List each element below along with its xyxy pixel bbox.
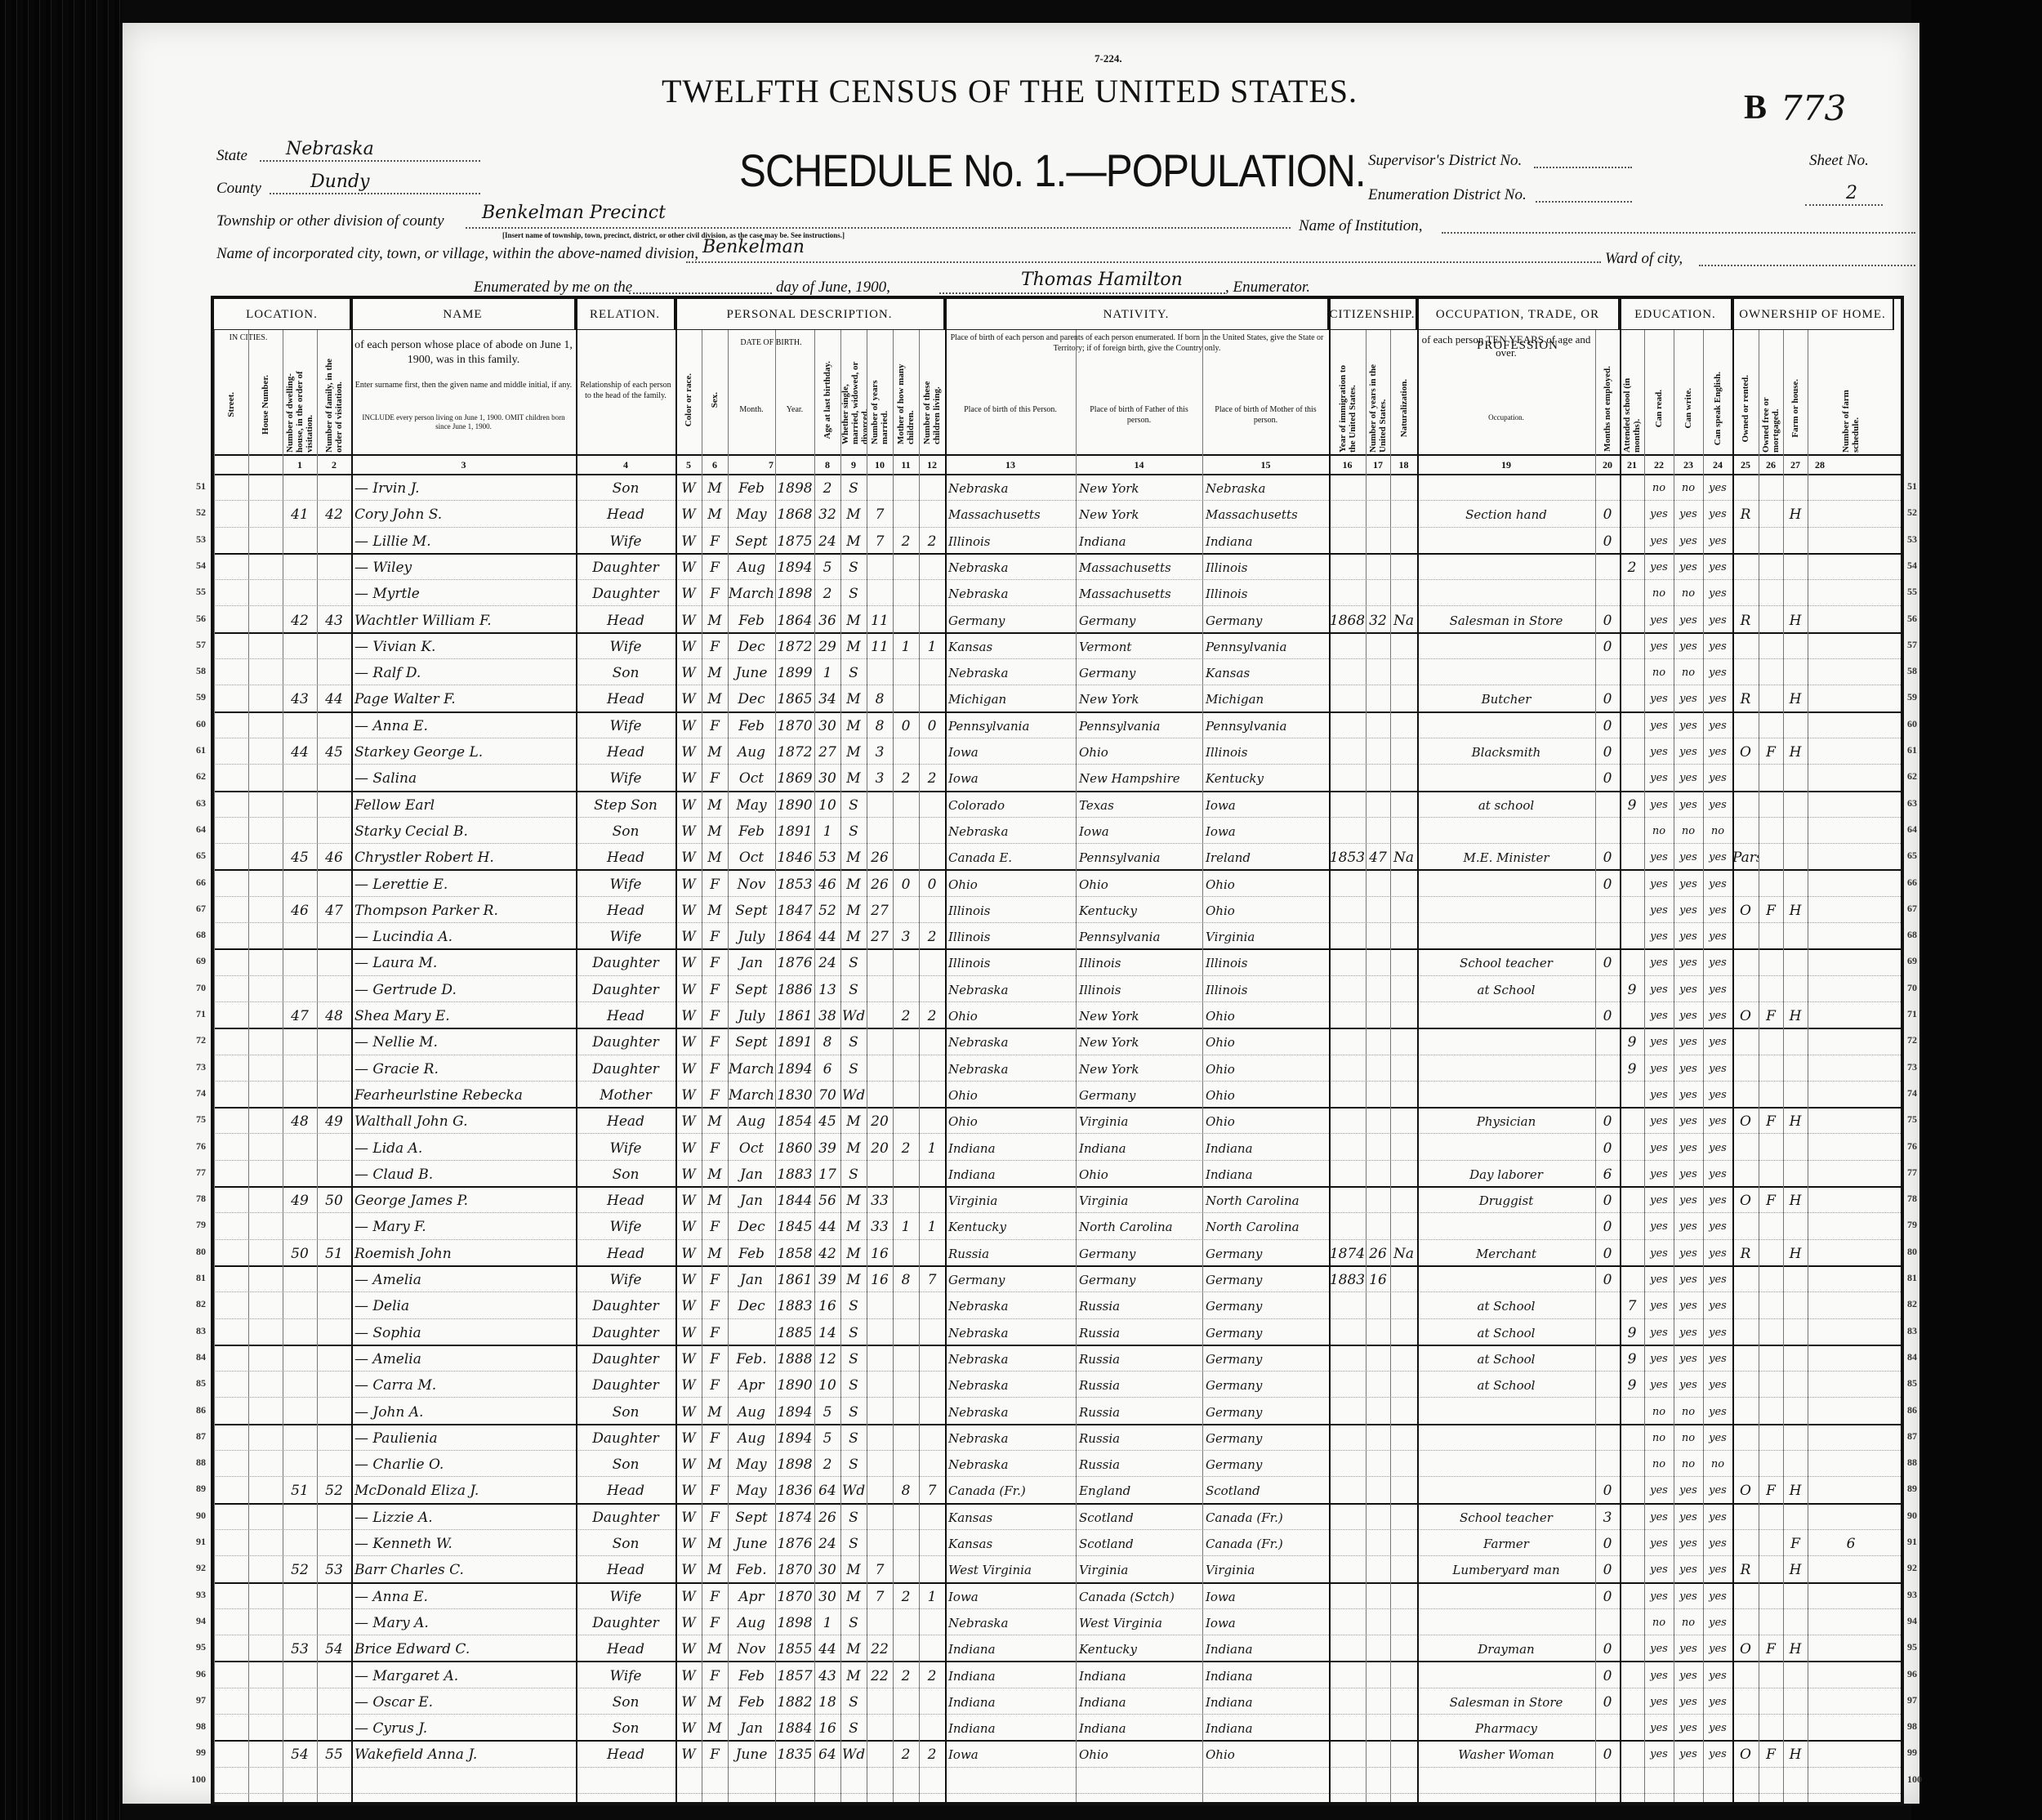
cell-year: 1835 bbox=[775, 1743, 814, 1766]
cell-ym bbox=[867, 1532, 893, 1555]
cell-ym: 16 bbox=[867, 1242, 893, 1265]
cell-cl bbox=[919, 820, 945, 843]
cell-fs bbox=[1808, 1374, 1894, 1397]
cell-bm: Iowa bbox=[1202, 1586, 1332, 1608]
line-number-right: 81 bbox=[1907, 1272, 1932, 1284]
cell-age: 70 bbox=[814, 1084, 840, 1107]
line-number-right: 92 bbox=[1907, 1562, 1932, 1574]
cell-year: 1885 bbox=[775, 1322, 814, 1345]
cell-nat bbox=[1390, 1559, 1417, 1581]
cell-cl bbox=[919, 662, 945, 685]
group-ownership: OWNERSHIP OF HOME. bbox=[1732, 299, 1894, 330]
cell-read: yes bbox=[1644, 1717, 1674, 1740]
cell-mar: M bbox=[840, 1269, 867, 1291]
cell-ym: 7 bbox=[867, 530, 893, 553]
cell-own: R bbox=[1732, 503, 1759, 526]
cell-age: 45 bbox=[814, 1110, 840, 1133]
cell-bf: New Hampshire bbox=[1076, 767, 1206, 790]
cell-sch bbox=[1620, 662, 1644, 685]
cell-speak: yes bbox=[1703, 636, 1732, 658]
line-number-left: 78 bbox=[181, 1193, 206, 1205]
cell-unemp bbox=[1595, 1031, 1620, 1054]
cell-speak: yes bbox=[1703, 794, 1732, 817]
cell-fam bbox=[317, 1770, 351, 1793]
cell-imm bbox=[1329, 1559, 1366, 1581]
cell-name: — Laura M. bbox=[351, 952, 579, 975]
cell-bm: Indiana bbox=[1202, 1163, 1332, 1186]
cell-mo bbox=[893, 1322, 919, 1345]
cell-occ bbox=[1417, 715, 1595, 738]
cell-rel: Son bbox=[576, 1532, 675, 1555]
line-number-left: 53 bbox=[181, 533, 206, 546]
cell-bp: Canada (Fr.) bbox=[945, 1479, 1079, 1502]
cell-yus bbox=[1366, 636, 1390, 658]
cell-month: Aug bbox=[728, 741, 775, 764]
cell-read: yes bbox=[1644, 1506, 1674, 1529]
cell-mo bbox=[893, 1242, 919, 1265]
cell-mar: S bbox=[840, 1058, 867, 1081]
cell-fs bbox=[1808, 1348, 1894, 1371]
header-farm-house: Farm or house. bbox=[1790, 379, 1800, 438]
cell-speak: yes bbox=[1703, 1532, 1732, 1555]
cell-fam bbox=[317, 1137, 351, 1160]
cell-fam: 44 bbox=[317, 688, 351, 711]
cell-mar: M bbox=[840, 741, 867, 764]
cell-fs bbox=[1808, 794, 1894, 817]
cell-speak: yes bbox=[1703, 1374, 1732, 1397]
cell-cl bbox=[919, 1110, 945, 1133]
table-row: — Anna E.WifeWFApr187030M721IowaCanada (… bbox=[214, 1582, 1901, 1609]
cell-imm: 1853 bbox=[1329, 846, 1366, 869]
cell-age: 1 bbox=[814, 820, 840, 843]
cell-bf: Virginia bbox=[1076, 1189, 1206, 1212]
column-number: 17 bbox=[1366, 456, 1390, 474]
cell-write: yes bbox=[1674, 1031, 1703, 1054]
cell-yus bbox=[1366, 503, 1390, 526]
cell-fam: 47 bbox=[317, 899, 351, 922]
cell-ym: 26 bbox=[867, 846, 893, 869]
cell-cl bbox=[919, 1348, 945, 1371]
cell-nat bbox=[1390, 1348, 1417, 1371]
cell-cl: 0 bbox=[919, 715, 945, 738]
cell-bp: Kentucky bbox=[945, 1216, 1079, 1238]
cell-imm bbox=[1329, 1479, 1366, 1502]
cell-rel: Wife bbox=[576, 1586, 675, 1608]
cell-speak: yes bbox=[1703, 477, 1732, 500]
line-number-left: 69 bbox=[181, 955, 206, 967]
cell-age: 13 bbox=[814, 979, 840, 1001]
cell-fam: 52 bbox=[317, 1479, 351, 1502]
cell-fm bbox=[1759, 1453, 1783, 1476]
cell-dw bbox=[283, 1665, 317, 1688]
cell-cl: 2 bbox=[919, 1005, 945, 1028]
cell-age: 53 bbox=[814, 846, 840, 869]
cell-read: yes bbox=[1644, 1189, 1674, 1212]
cell-bp: Germany bbox=[945, 609, 1079, 632]
name-instruction-2: INCLUDE every person living on June 1, 1… bbox=[354, 413, 573, 432]
column-divider bbox=[1644, 330, 1645, 1802]
line-number-left: 95 bbox=[181, 1641, 206, 1653]
line-number-right: 82 bbox=[1907, 1298, 1932, 1310]
cell-color: W bbox=[675, 899, 702, 922]
cell-name: — Charlie O. bbox=[351, 1453, 579, 1476]
cell-fs: 6 bbox=[1808, 1532, 1894, 1555]
cell-occ bbox=[1417, 1401, 1595, 1424]
cell-write: yes bbox=[1674, 503, 1703, 526]
cell-yus bbox=[1366, 1348, 1390, 1371]
cell-mo bbox=[893, 1084, 919, 1107]
cell-sex: M bbox=[702, 1691, 728, 1714]
cell-unemp: 0 bbox=[1595, 1665, 1620, 1688]
header-street: Street. bbox=[226, 392, 236, 417]
cell-imm bbox=[1329, 715, 1366, 738]
cell-fh bbox=[1783, 477, 1808, 500]
table-row: — Lida A.WifeWFOct186039M2021IndianaIndi… bbox=[214, 1134, 1901, 1161]
cell-imm: 1883 bbox=[1329, 1269, 1366, 1291]
column-number: 18 bbox=[1390, 456, 1417, 474]
table-row: — PaulieniaDaughterWFAug18945SNebraskaRu… bbox=[214, 1424, 1901, 1451]
cell-fh bbox=[1783, 715, 1808, 738]
cell-occ bbox=[1417, 1612, 1595, 1635]
line-number-left: 58 bbox=[181, 665, 206, 677]
cell-sch bbox=[1620, 477, 1644, 500]
cell-sch bbox=[1620, 952, 1644, 975]
cell-fh bbox=[1783, 1717, 1808, 1740]
cell-own bbox=[1732, 1058, 1759, 1081]
cell-fh bbox=[1783, 1401, 1808, 1424]
cell-bm: Indiana bbox=[1202, 1717, 1332, 1740]
cell-occ bbox=[1417, 1005, 1595, 1028]
column-divider bbox=[1076, 330, 1077, 1802]
cell-color: W bbox=[675, 1058, 702, 1081]
cell-imm bbox=[1329, 1163, 1366, 1186]
table-row: — Laura M.DaughterWFJan187624SIllinoisIl… bbox=[214, 948, 1901, 975]
cell-own bbox=[1732, 1586, 1759, 1608]
cell-rel: Wife bbox=[576, 1665, 675, 1688]
cell-color: W bbox=[675, 952, 702, 975]
line-number-left: 80 bbox=[181, 1246, 206, 1258]
cell-yus bbox=[1366, 1005, 1390, 1028]
cell-speak: yes bbox=[1703, 1163, 1732, 1186]
cell-fh bbox=[1783, 820, 1808, 843]
cell-read: yes bbox=[1644, 1163, 1674, 1186]
cell-speak: yes bbox=[1703, 1269, 1732, 1291]
cell-dw: 51 bbox=[283, 1479, 317, 1502]
cell-dw: 41 bbox=[283, 503, 317, 526]
cell-write bbox=[1674, 1770, 1703, 1793]
cell-yus bbox=[1366, 1189, 1390, 1212]
cell-occ bbox=[1417, 1058, 1595, 1081]
cell-year: 1870 bbox=[775, 715, 814, 738]
cell-year bbox=[775, 1770, 814, 1793]
cell-month: Oct bbox=[728, 767, 775, 790]
cell-month: Nov bbox=[728, 1638, 775, 1661]
cell-mar: S bbox=[840, 582, 867, 605]
cell-fm bbox=[1759, 636, 1783, 658]
cell-sch: 9 bbox=[1620, 1322, 1644, 1345]
column-divider bbox=[214, 330, 215, 1802]
line-number-right: 91 bbox=[1907, 1536, 1932, 1548]
cell-own bbox=[1732, 767, 1759, 790]
cell-speak: yes bbox=[1703, 609, 1732, 632]
line-number-right: 89 bbox=[1907, 1483, 1932, 1495]
line-number-right: 72 bbox=[1907, 1034, 1932, 1046]
column-divider bbox=[317, 330, 318, 1802]
cell-mo bbox=[893, 1163, 919, 1186]
cell-own bbox=[1732, 636, 1759, 658]
cell-ym: 11 bbox=[867, 636, 893, 658]
cell-fm bbox=[1759, 1691, 1783, 1714]
cell-fm bbox=[1759, 926, 1783, 948]
cell-imm bbox=[1329, 1691, 1366, 1714]
cell-unemp: 0 bbox=[1595, 767, 1620, 790]
cell-fm: F bbox=[1759, 1110, 1783, 1133]
cell-rel: Head bbox=[576, 741, 675, 764]
cell-rel: Wife bbox=[576, 1216, 675, 1238]
cell-month: Jan bbox=[728, 1189, 775, 1212]
cell-imm bbox=[1329, 1031, 1366, 1054]
cell-bm: North Carolina bbox=[1202, 1189, 1332, 1212]
cell-imm bbox=[1329, 1427, 1366, 1450]
cell-yus bbox=[1366, 1532, 1390, 1555]
cell-fh: H bbox=[1783, 1559, 1808, 1581]
cell-dw: 50 bbox=[283, 1242, 317, 1265]
cell-yus bbox=[1366, 1479, 1390, 1502]
cell-nat bbox=[1390, 979, 1417, 1001]
cell-sch: 9 bbox=[1620, 794, 1644, 817]
cell-mo bbox=[893, 1401, 919, 1424]
cell-ym: 7 bbox=[867, 1586, 893, 1608]
cell-rel: Daughter bbox=[576, 1612, 675, 1635]
cell-occ bbox=[1417, 767, 1595, 790]
cell-month: Sept bbox=[728, 530, 775, 553]
cell-speak: yes bbox=[1703, 1110, 1732, 1133]
institution-label: Name of Institution, bbox=[1299, 217, 1422, 235]
cell-dw bbox=[283, 530, 317, 553]
cell-fm bbox=[1759, 688, 1783, 711]
cell-imm: 1874 bbox=[1329, 1242, 1366, 1265]
cell-fh bbox=[1783, 979, 1808, 1001]
cell-mar: S bbox=[840, 1031, 867, 1054]
table-row: — Lerettie E.WifeWFNov185346M2600OhioOhi… bbox=[214, 870, 1901, 897]
cell-write: yes bbox=[1674, 1005, 1703, 1028]
cell-unemp bbox=[1595, 1427, 1620, 1450]
cell-fam: 46 bbox=[317, 846, 351, 869]
cell-sch bbox=[1620, 1691, 1644, 1714]
cell-write: no bbox=[1674, 1427, 1703, 1450]
cell-year: 1876 bbox=[775, 952, 814, 975]
cell-mar: S bbox=[840, 1348, 867, 1371]
cell-name: — Amelia bbox=[351, 1269, 579, 1291]
cell-name: — Delia bbox=[351, 1295, 579, 1318]
cell-fam bbox=[317, 1322, 351, 1345]
cell-fam: 51 bbox=[317, 1242, 351, 1265]
cell-yus: 26 bbox=[1366, 1242, 1390, 1265]
line-number-left: 63 bbox=[181, 797, 206, 810]
cell-imm bbox=[1329, 1770, 1366, 1793]
cell-bf: Indiana bbox=[1076, 1137, 1206, 1160]
cell-mar: M bbox=[840, 688, 867, 711]
header-years-married: Number of years married. bbox=[870, 356, 889, 444]
cell-fh: H bbox=[1783, 1479, 1808, 1502]
cell-fh: H bbox=[1783, 741, 1808, 764]
cell-speak: yes bbox=[1703, 1189, 1732, 1212]
cell-fm bbox=[1759, 1401, 1783, 1424]
cell-unemp: 0 bbox=[1595, 1479, 1620, 1502]
cell-mo bbox=[893, 1374, 919, 1397]
cell-occ bbox=[1417, 1084, 1595, 1107]
cell-read: yes bbox=[1644, 556, 1674, 579]
cell-sch bbox=[1620, 503, 1644, 526]
cell-occ: Salesman in Store bbox=[1417, 609, 1595, 632]
form-number: 7-224. bbox=[1095, 52, 1122, 65]
cell-bf: West Virginia bbox=[1076, 1612, 1206, 1635]
cell-rel: Head bbox=[576, 1005, 675, 1028]
cell-bm: Virginia bbox=[1202, 926, 1332, 948]
cell-yus bbox=[1366, 1427, 1390, 1450]
line-number-right: 60 bbox=[1907, 718, 1932, 730]
cell-read: no bbox=[1644, 582, 1674, 605]
cell-imm bbox=[1329, 794, 1366, 817]
table-row: — Claud B.SonWMJan188317SIndianaOhioIndi… bbox=[214, 1160, 1901, 1188]
cell-ym bbox=[867, 1506, 893, 1529]
cell-rel: Wife bbox=[576, 1137, 675, 1160]
cell-bf: Massachusetts bbox=[1076, 582, 1206, 605]
cell-own bbox=[1732, 715, 1759, 738]
column-divider bbox=[675, 299, 677, 1802]
cell-own: O bbox=[1732, 1638, 1759, 1661]
cell-imm bbox=[1329, 926, 1366, 948]
cell-year: 1858 bbox=[775, 1242, 814, 1265]
cell-write: yes bbox=[1674, 926, 1703, 948]
column-number: 16 bbox=[1329, 456, 1366, 474]
column-divider bbox=[945, 299, 947, 1802]
cell-fs bbox=[1808, 1717, 1894, 1740]
cell-mar: S bbox=[840, 820, 867, 843]
cell-bf: New York bbox=[1076, 1058, 1206, 1081]
cell-read: no bbox=[1644, 662, 1674, 685]
cell-mar bbox=[840, 1770, 867, 1793]
cell-unemp bbox=[1595, 477, 1620, 500]
cell-year: 1861 bbox=[775, 1005, 814, 1028]
cell-nat bbox=[1390, 1717, 1417, 1740]
column-number: 13 bbox=[945, 456, 1076, 474]
table-row: — Anna E.WifeWFFeb187030M800Pennsylvania… bbox=[214, 711, 1901, 738]
cell-occ: Merchant bbox=[1417, 1242, 1595, 1265]
cell-fs bbox=[1808, 609, 1894, 632]
cell-occ bbox=[1417, 926, 1595, 948]
cell-rel: Son bbox=[576, 1717, 675, 1740]
cell-occ: Lumberyard man bbox=[1417, 1559, 1595, 1581]
cell-unemp: 0 bbox=[1595, 1269, 1620, 1291]
cell-rel: Son bbox=[576, 1691, 675, 1714]
cell-read: yes bbox=[1644, 1691, 1674, 1714]
cell-year: 1836 bbox=[775, 1479, 814, 1502]
cell-month: Feb bbox=[728, 1665, 775, 1688]
cell-unemp: 0 bbox=[1595, 1242, 1620, 1265]
cell-mo bbox=[893, 556, 919, 579]
cell-bm: Ohio bbox=[1202, 1005, 1332, 1028]
cell-cl bbox=[919, 1717, 945, 1740]
cell-cl bbox=[919, 477, 945, 500]
cell-ym bbox=[867, 662, 893, 685]
cell-write: yes bbox=[1674, 1374, 1703, 1397]
cell-mar: S bbox=[840, 794, 867, 817]
column-divider bbox=[1329, 299, 1331, 1802]
cell-rel: Wife bbox=[576, 873, 675, 896]
cell-fm bbox=[1759, 1031, 1783, 1054]
cell-fm bbox=[1759, 794, 1783, 817]
line-number-right: 93 bbox=[1907, 1589, 1932, 1601]
cell-bm: Ohio bbox=[1202, 1058, 1332, 1081]
cell-year: 1894 bbox=[775, 556, 814, 579]
header-children-living: Number of these children living. bbox=[922, 356, 942, 444]
table-row: 4445Starkey George L.HeadWMAug187227M3Io… bbox=[214, 738, 1901, 765]
cell-rel: Daughter bbox=[576, 1322, 675, 1345]
cell-sex: F bbox=[702, 582, 728, 605]
cell-read: no bbox=[1644, 1427, 1674, 1450]
cell-unemp bbox=[1595, 1322, 1620, 1345]
state-label: State bbox=[216, 147, 247, 165]
cell-fs bbox=[1808, 1401, 1894, 1424]
cell-month: Sept bbox=[728, 979, 775, 1001]
cell-cl bbox=[919, 1031, 945, 1054]
cell-cl bbox=[919, 1163, 945, 1186]
cell-fam bbox=[317, 794, 351, 817]
line-number-left: 54 bbox=[181, 560, 206, 572]
cell-bf: Germany bbox=[1076, 1269, 1206, 1291]
line-number-left: 62 bbox=[181, 770, 206, 783]
cell-yus bbox=[1366, 1058, 1390, 1081]
cell-ym: 8 bbox=[867, 688, 893, 711]
cell-bf: Illinois bbox=[1076, 979, 1206, 1001]
cell-read: yes bbox=[1644, 767, 1674, 790]
cell-name: — Wiley bbox=[351, 556, 579, 579]
cell-speak: yes bbox=[1703, 1348, 1732, 1371]
table-row: 5152McDonald Eliza J.HeadWFMay183664Wd87… bbox=[214, 1476, 1901, 1504]
cell-year: 1898 bbox=[775, 477, 814, 500]
cell-speak: yes bbox=[1703, 582, 1732, 605]
cell-unemp: 0 bbox=[1595, 1743, 1620, 1766]
cell-own bbox=[1732, 1717, 1759, 1740]
cell-mo bbox=[893, 1110, 919, 1133]
column-number-row: 1234567891011121314151617181920212223242… bbox=[214, 454, 1901, 475]
cell-rel: Head bbox=[576, 1479, 675, 1502]
line-number-left: 59 bbox=[181, 691, 206, 703]
county-label: County bbox=[216, 180, 261, 198]
cell-sex: M bbox=[702, 1453, 728, 1476]
cell-month: Feb bbox=[728, 715, 775, 738]
cell-ym bbox=[867, 1348, 893, 1371]
cell-sex: M bbox=[702, 1110, 728, 1133]
cell-speak: yes bbox=[1703, 1612, 1732, 1635]
cell-fh bbox=[1783, 1691, 1808, 1714]
cell-color: W bbox=[675, 873, 702, 896]
cell-bm: Pennsylvania bbox=[1202, 715, 1332, 738]
cell-sch bbox=[1620, 1612, 1644, 1635]
cell-age: 29 bbox=[814, 636, 840, 658]
cell-sex: F bbox=[702, 1322, 728, 1345]
cell-year: 1861 bbox=[775, 1269, 814, 1291]
cell-fam bbox=[317, 873, 351, 896]
cell-read bbox=[1644, 1770, 1674, 1793]
cell-mo bbox=[893, 477, 919, 500]
cell-yus bbox=[1366, 1322, 1390, 1345]
cell-fs bbox=[1808, 767, 1894, 790]
table-row: — SophiaDaughterWF188514SNebraskaRussiaG… bbox=[214, 1318, 1901, 1346]
cell-bm bbox=[1202, 1770, 1332, 1793]
cell-ym: 33 bbox=[867, 1216, 893, 1238]
